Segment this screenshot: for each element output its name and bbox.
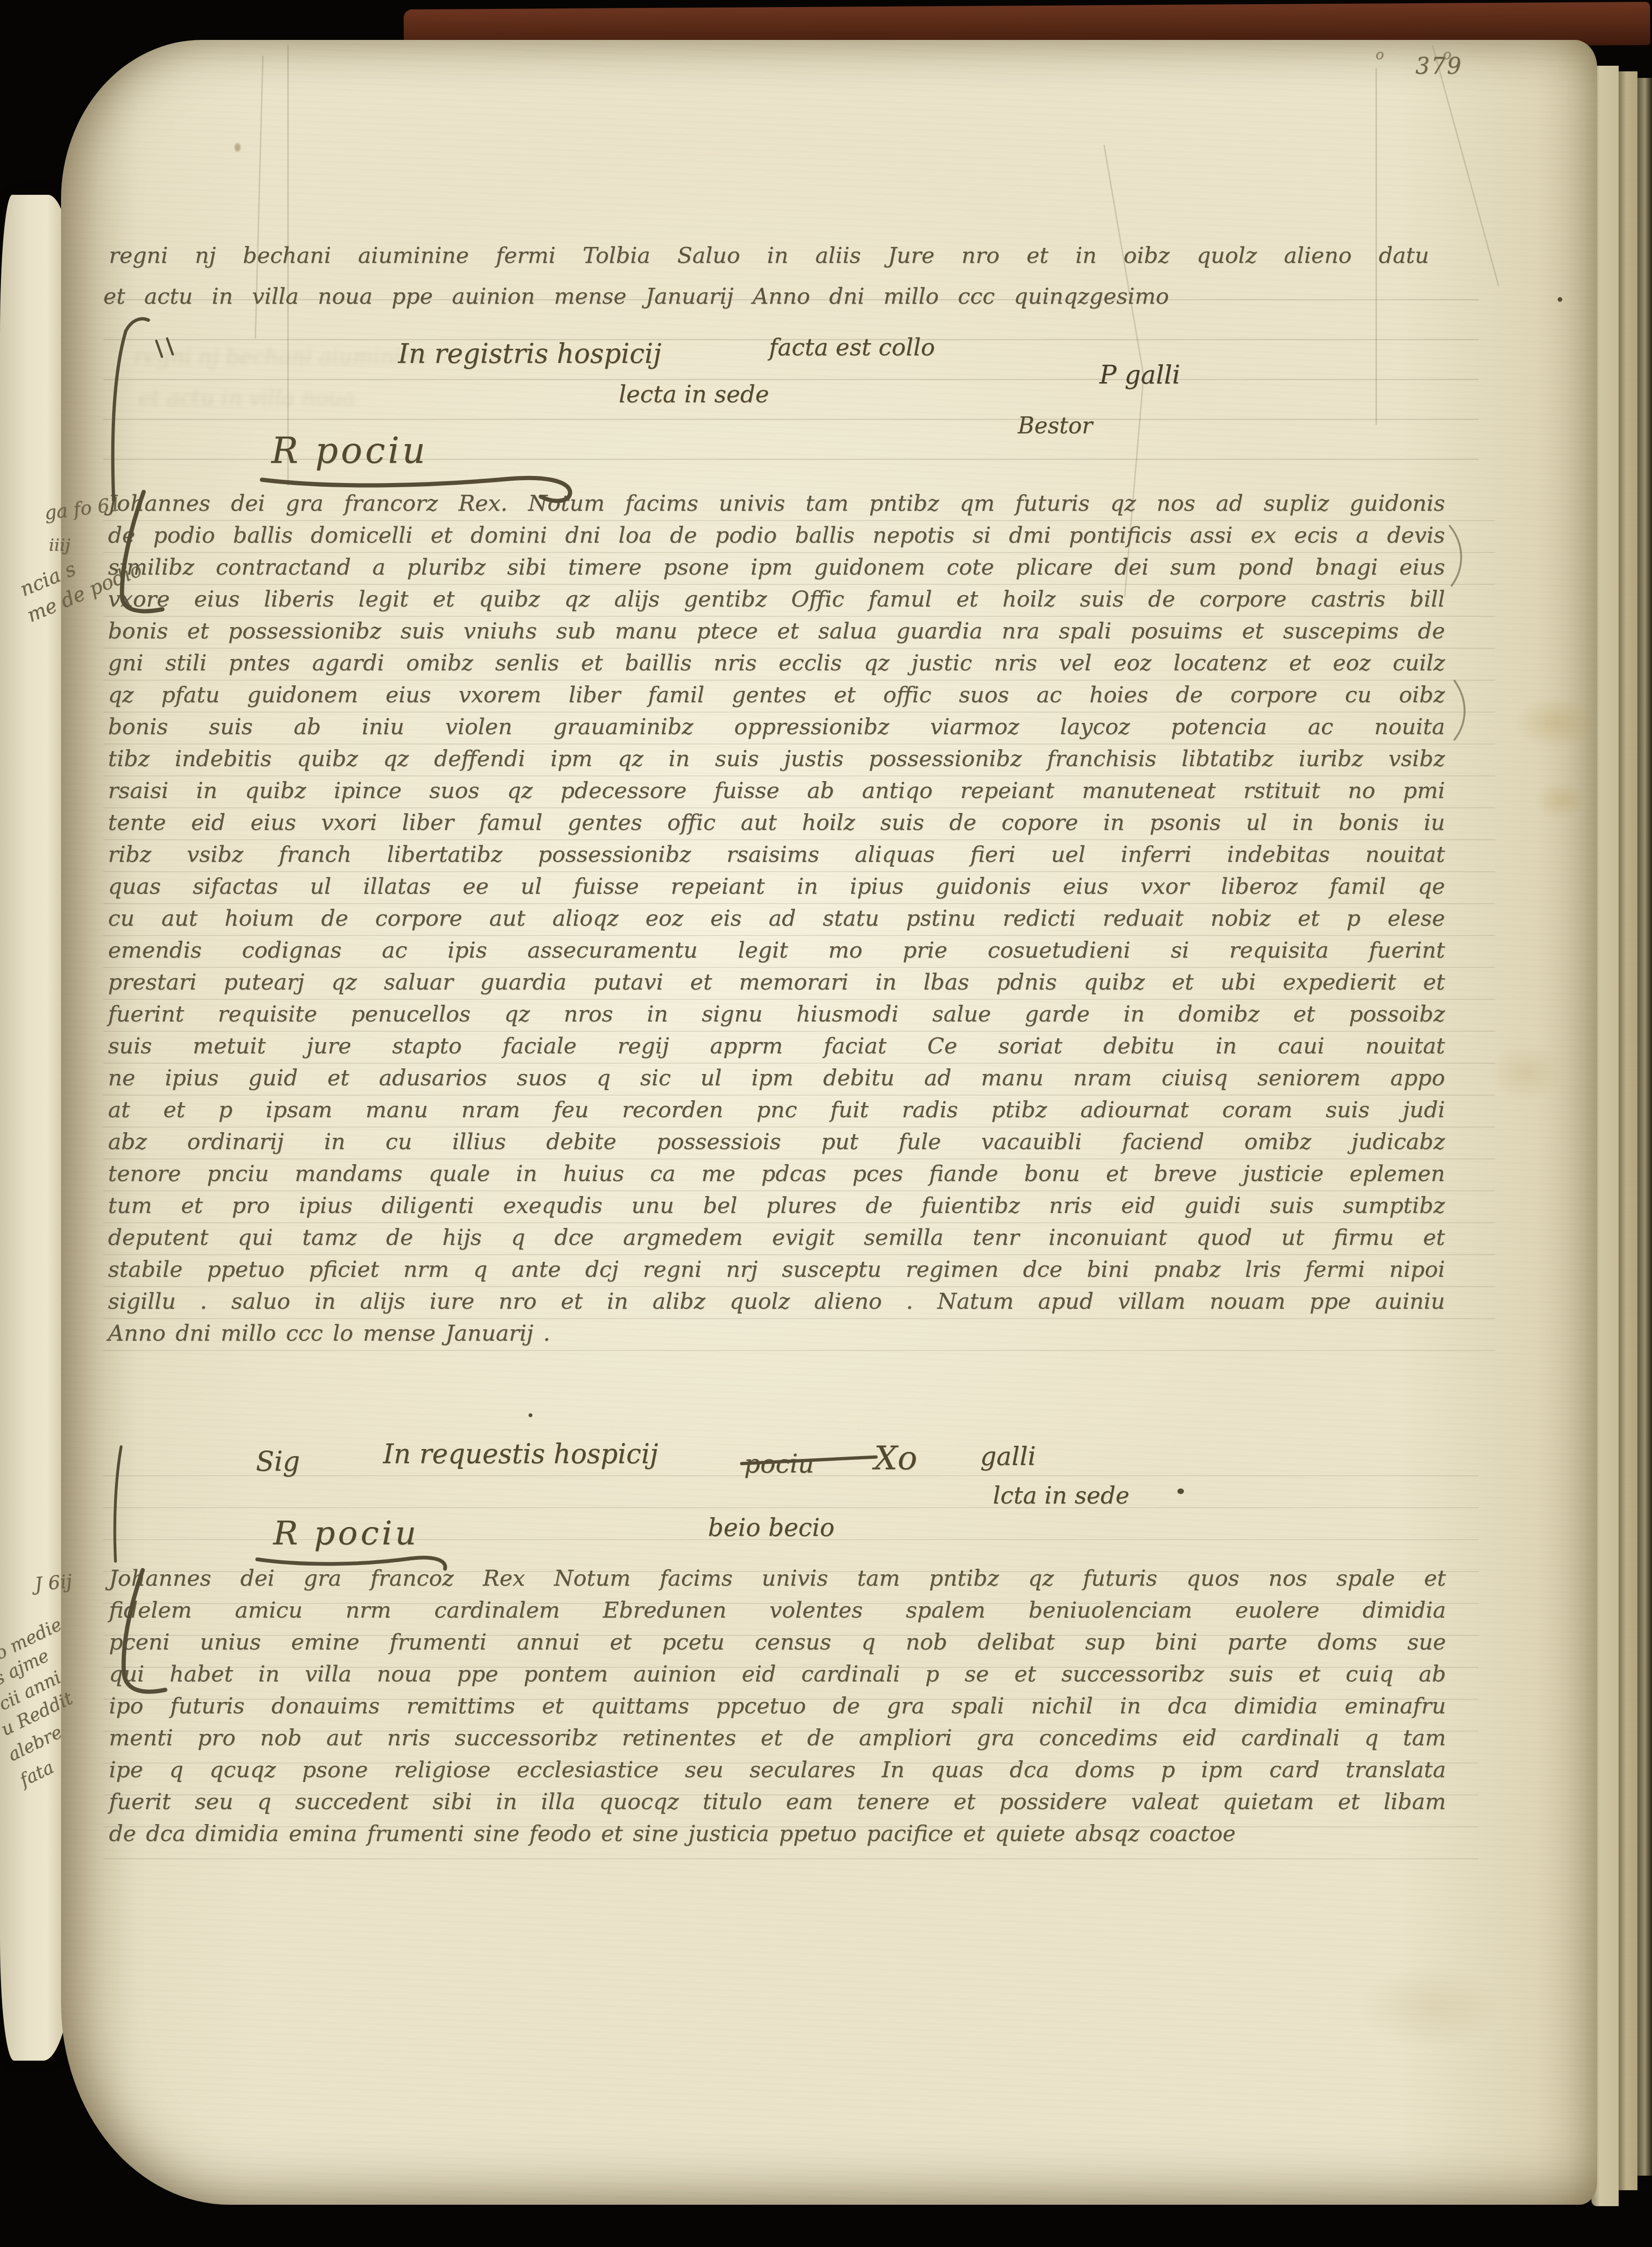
fore-edge-page-stack [1591,66,1652,2206]
text-line: qui habet in villa noua ppe pontem auini… [109,1660,1446,1692]
text-line: tente eid eius vxori liber famul gentes … [108,808,1445,840]
text-line: Johannes dei gra francorz Rex. Notum fac… [108,489,1445,521]
text-line: tenore pnciu mandams quale in huius ca m… [108,1159,1445,1191]
text-line: de dca dimidia emina frumenti sine feodo… [109,1819,1446,1851]
rubric-lecta: lecta in sede [619,381,769,408]
text-line: fuerit seu q succedent sibi in illa quoc… [109,1787,1446,1819]
text-line: tum et pro ipius diligenti exequdis unu … [108,1191,1445,1223]
text-line: tibz indebitis quibz qz deffendi ipm qz … [108,744,1445,776]
rubric-signature: R pociu [271,429,428,471]
text-line: ribz vsibz franch libertatibz possession… [108,840,1445,872]
text-line: abz ordinarij in cu illius debite posses… [108,1127,1445,1159]
margin-note: iiij [49,536,70,555]
text-line: stabile ppetuo pficiet nrm q ante dcj re… [108,1255,1445,1287]
rubric-note: beio becio [708,1514,835,1542]
text-line: rsaisi in quibz ipince suos qz pdecessor… [108,776,1445,808]
rubric-registry: In requestis hospicij [383,1439,658,1470]
text-line: pceni unius emine frumenti annui et pcet… [109,1628,1446,1660]
text-line: deputent qui tamz de hijs q dce argmedem… [108,1223,1445,1255]
text-line: prestari putearj qz saluar guardia putav… [108,968,1445,1000]
text-line: fuerint requisite penucellos qz nros in … [108,1000,1445,1032]
text-line: Anno dni millo ccc lo mense Januarij . [108,1319,1445,1351]
text-line: qz pfatu guidonem eius vxorem liber fami… [108,681,1445,713]
text-line: suis metuit jure stapto faciale regij ap… [108,1032,1445,1064]
text-line: ipe q qcuqz psone religiose ecclesiastic… [109,1756,1446,1787]
rubric-sig: Sig [256,1446,300,1477]
header-line: regni nj bechani aiuminine fermi Tolbia … [109,241,1429,271]
parchment-flaw [234,142,241,153]
text-line: quas sifactas ul illatas ee ul fuisse re… [108,872,1445,904]
text-line: emendis codignas ac ipis assecuramentu l… [108,936,1445,968]
text-line: sigillu . saluo in alijs iure nro et in … [108,1287,1445,1319]
text-line: de podio ballis domicelli et domini dni … [108,521,1445,553]
text-line: bonis et possessionibz suis vniuhs sub m… [108,617,1445,649]
header-line: et actu in villa noua ppe auinion mense … [103,282,1169,312]
prick-marks: o o [1375,46,1479,63]
entry1-text-block: Johannes dei gra francorz Rex. Notum fac… [108,489,1445,1351]
rubric-clerk: galli [980,1442,1036,1471]
text-line: fidelem amicu nrm cardinalem Ebredunen v… [109,1596,1446,1628]
text-line: ne ipius guid et adusarios suos q sic ul… [108,1064,1445,1096]
rubric-clerk: P galli [1099,360,1180,390]
text-line: gni stili pntes agardi omibz senlis et b… [108,649,1445,681]
rubric-collation: facta est collo [769,334,935,361]
margin-note: J 6ij [34,1571,73,1595]
text-line: ipo futuris donauims remittims et quitta… [109,1692,1446,1724]
text-line: similibz contractand a pluribz sibi time… [108,553,1445,585]
text-line: cu aut hoium de corpore aut alioqz eoz e… [108,904,1445,936]
parchment-page: regni nj bechani aiuminine et actu in vi… [61,40,1597,2205]
rubric-clerk: Bestor [1018,413,1092,439]
rubric-registry: In registris hospicij [398,338,661,369]
rubric-signature: R pociu [273,1514,419,1552]
page-edge-strip [1637,78,1652,2176]
text-line: at et p ipsam manu nram feu recorden pnc… [108,1096,1445,1127]
text-line: Johannes dei gra francoz Rex Notum facim… [109,1564,1446,1596]
rubric-struck-name: pociu [744,1449,814,1479]
text-line: menti pro nob aut nris successoribz reti… [109,1724,1446,1756]
manuscript-photo: regni nj bechani aiuminine et actu in vi… [0,0,1652,2247]
rubric-initial: Xo [874,1439,917,1477]
text-line: vxore eius liberis legit et quibz qz ali… [108,585,1445,617]
text-line: bonis suis ab iniu violen grauaminibz op… [108,713,1445,744]
rubric-lecta: lcta in sede [993,1482,1130,1509]
entry2-text-block: Johannes dei gra francoz Rex Notum facim… [109,1564,1446,1851]
page-edge-strip [1619,71,1637,2190]
